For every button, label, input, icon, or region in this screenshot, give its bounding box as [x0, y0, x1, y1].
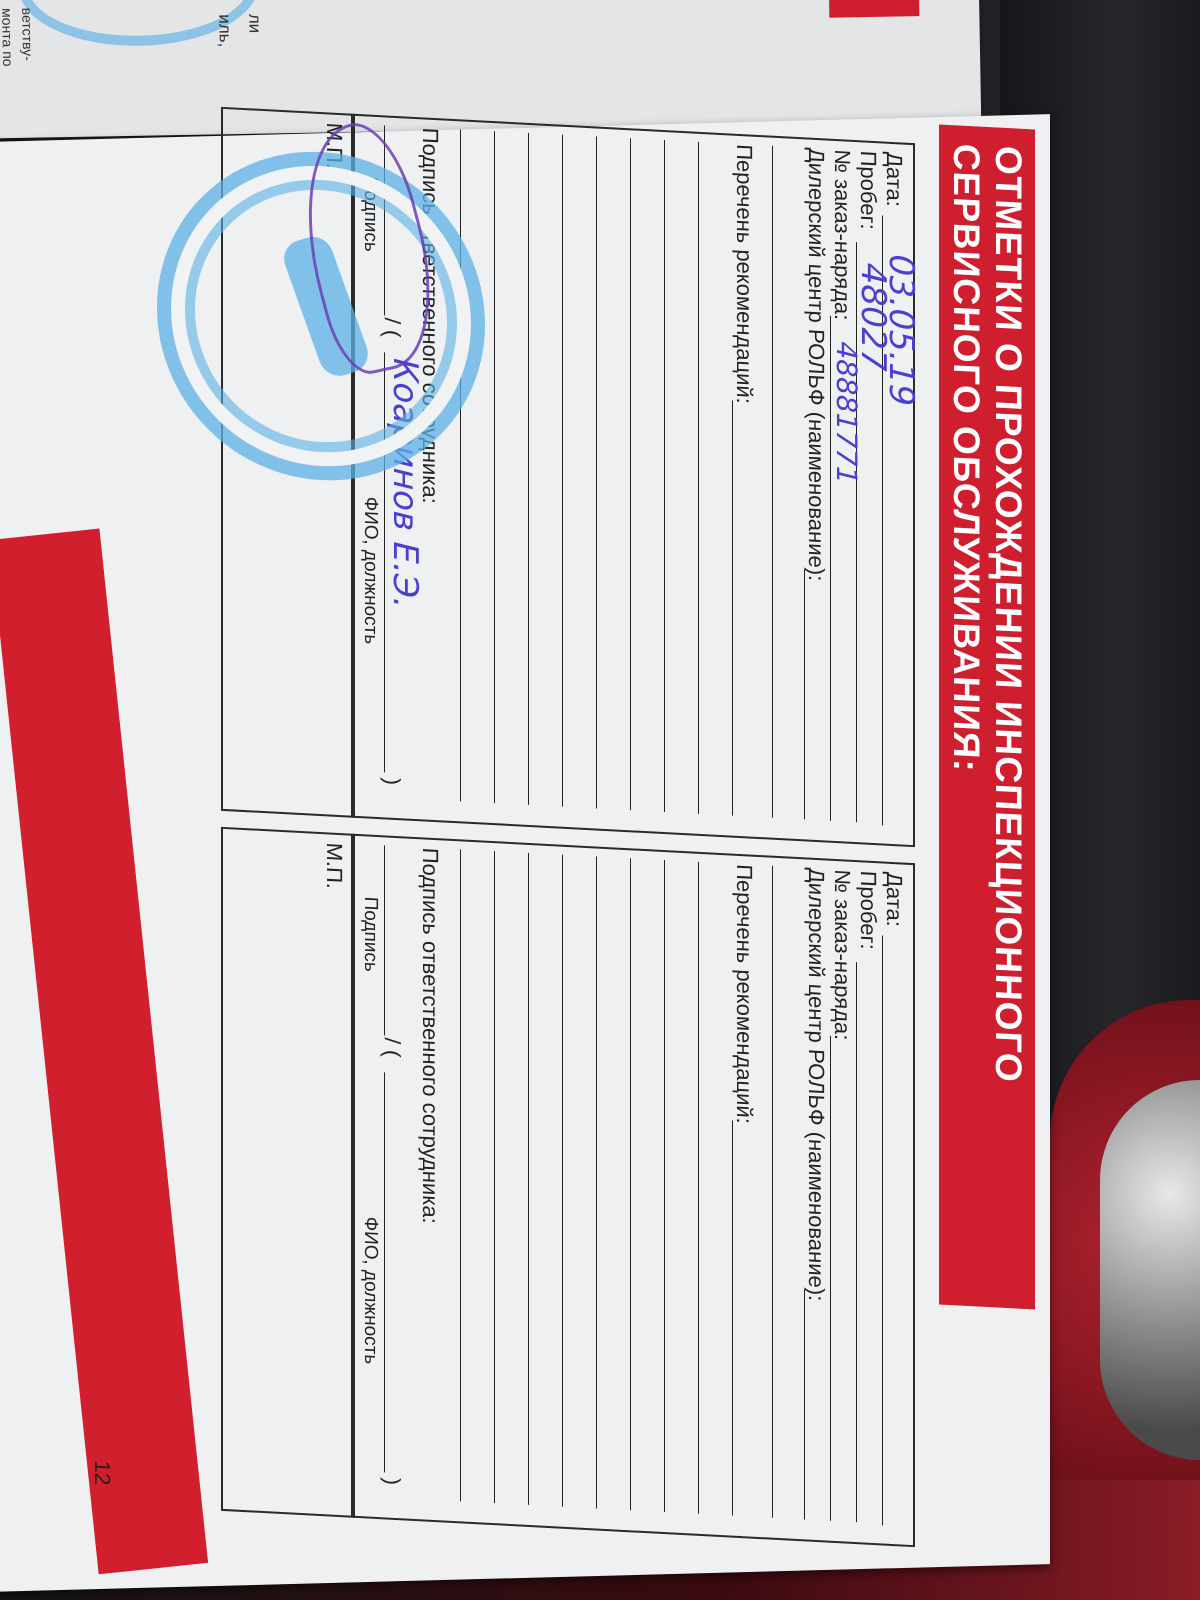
inspection-entry-2: Дата: Пробег: № заказ-наряда: Дилерский … [351, 834, 915, 1548]
dealer-label: Дилерский центр РОЛЬФ (наименование): [803, 147, 829, 582]
close-paren: ) [379, 1477, 405, 1486]
previous-page-text: монта по [0, 8, 16, 67]
date-label: Дата: [881, 871, 907, 927]
name-caption: ФИО, должность [359, 496, 381, 645]
order-label: № заказ-наряда: [829, 149, 855, 321]
signature-caption: Подпись [359, 896, 381, 972]
stamp-label: М.П. [321, 842, 347, 890]
previous-page-text: ветству- [19, 8, 36, 61]
previous-page-text: иль, [214, 14, 235, 47]
page-number: 12 [89, 1460, 115, 1486]
separator: / ( [379, 1037, 405, 1058]
stamp-box-2: М.П. [221, 827, 355, 1518]
employee-signature-label: Подпись ответственного сотрудника: [417, 847, 443, 1224]
order-value[interactable]: 48881771 [830, 341, 863, 485]
date-label: Дата: [881, 151, 907, 207]
order-label: № заказ-наряда: [829, 869, 855, 1041]
previous-page-red-tab [829, 0, 919, 18]
banner-title-line2: СЕРВИСНОГО ОБСЛУЖИВАНИЯ: [945, 143, 987, 774]
gear-knob [1100, 1080, 1200, 1460]
section-banner: ОТМЕТКИ О ПРОХОЖДЕНИИ ИНСПЕКЦИОННОГО СЕР… [939, 124, 1035, 1309]
name-caption: ФИО, должность [359, 1216, 381, 1365]
dealer-label: Дилерский центр РОЛЬФ (наименование): [803, 867, 829, 1302]
previous-page-text: ли [244, 14, 264, 34]
close-paren: ) [379, 777, 405, 786]
recommendations-label: Перечень рекомендаций: [731, 144, 757, 405]
banner-title-line1: ОТМЕТКИ О ПРОХОЖДЕНИИ ИНСПЕКЦИОННОГО [987, 145, 1029, 1084]
service-record-form: ОТМЕТКИ О ПРОХОЖДЕНИИ ИНСПЕКЦИОННОГО СЕР… [35, 77, 1045, 1570]
mileage-label: Пробег: [855, 870, 881, 950]
mileage-label: Пробег: [855, 150, 881, 230]
recommendations-label: Перечень рекомендаций: [731, 864, 757, 1125]
